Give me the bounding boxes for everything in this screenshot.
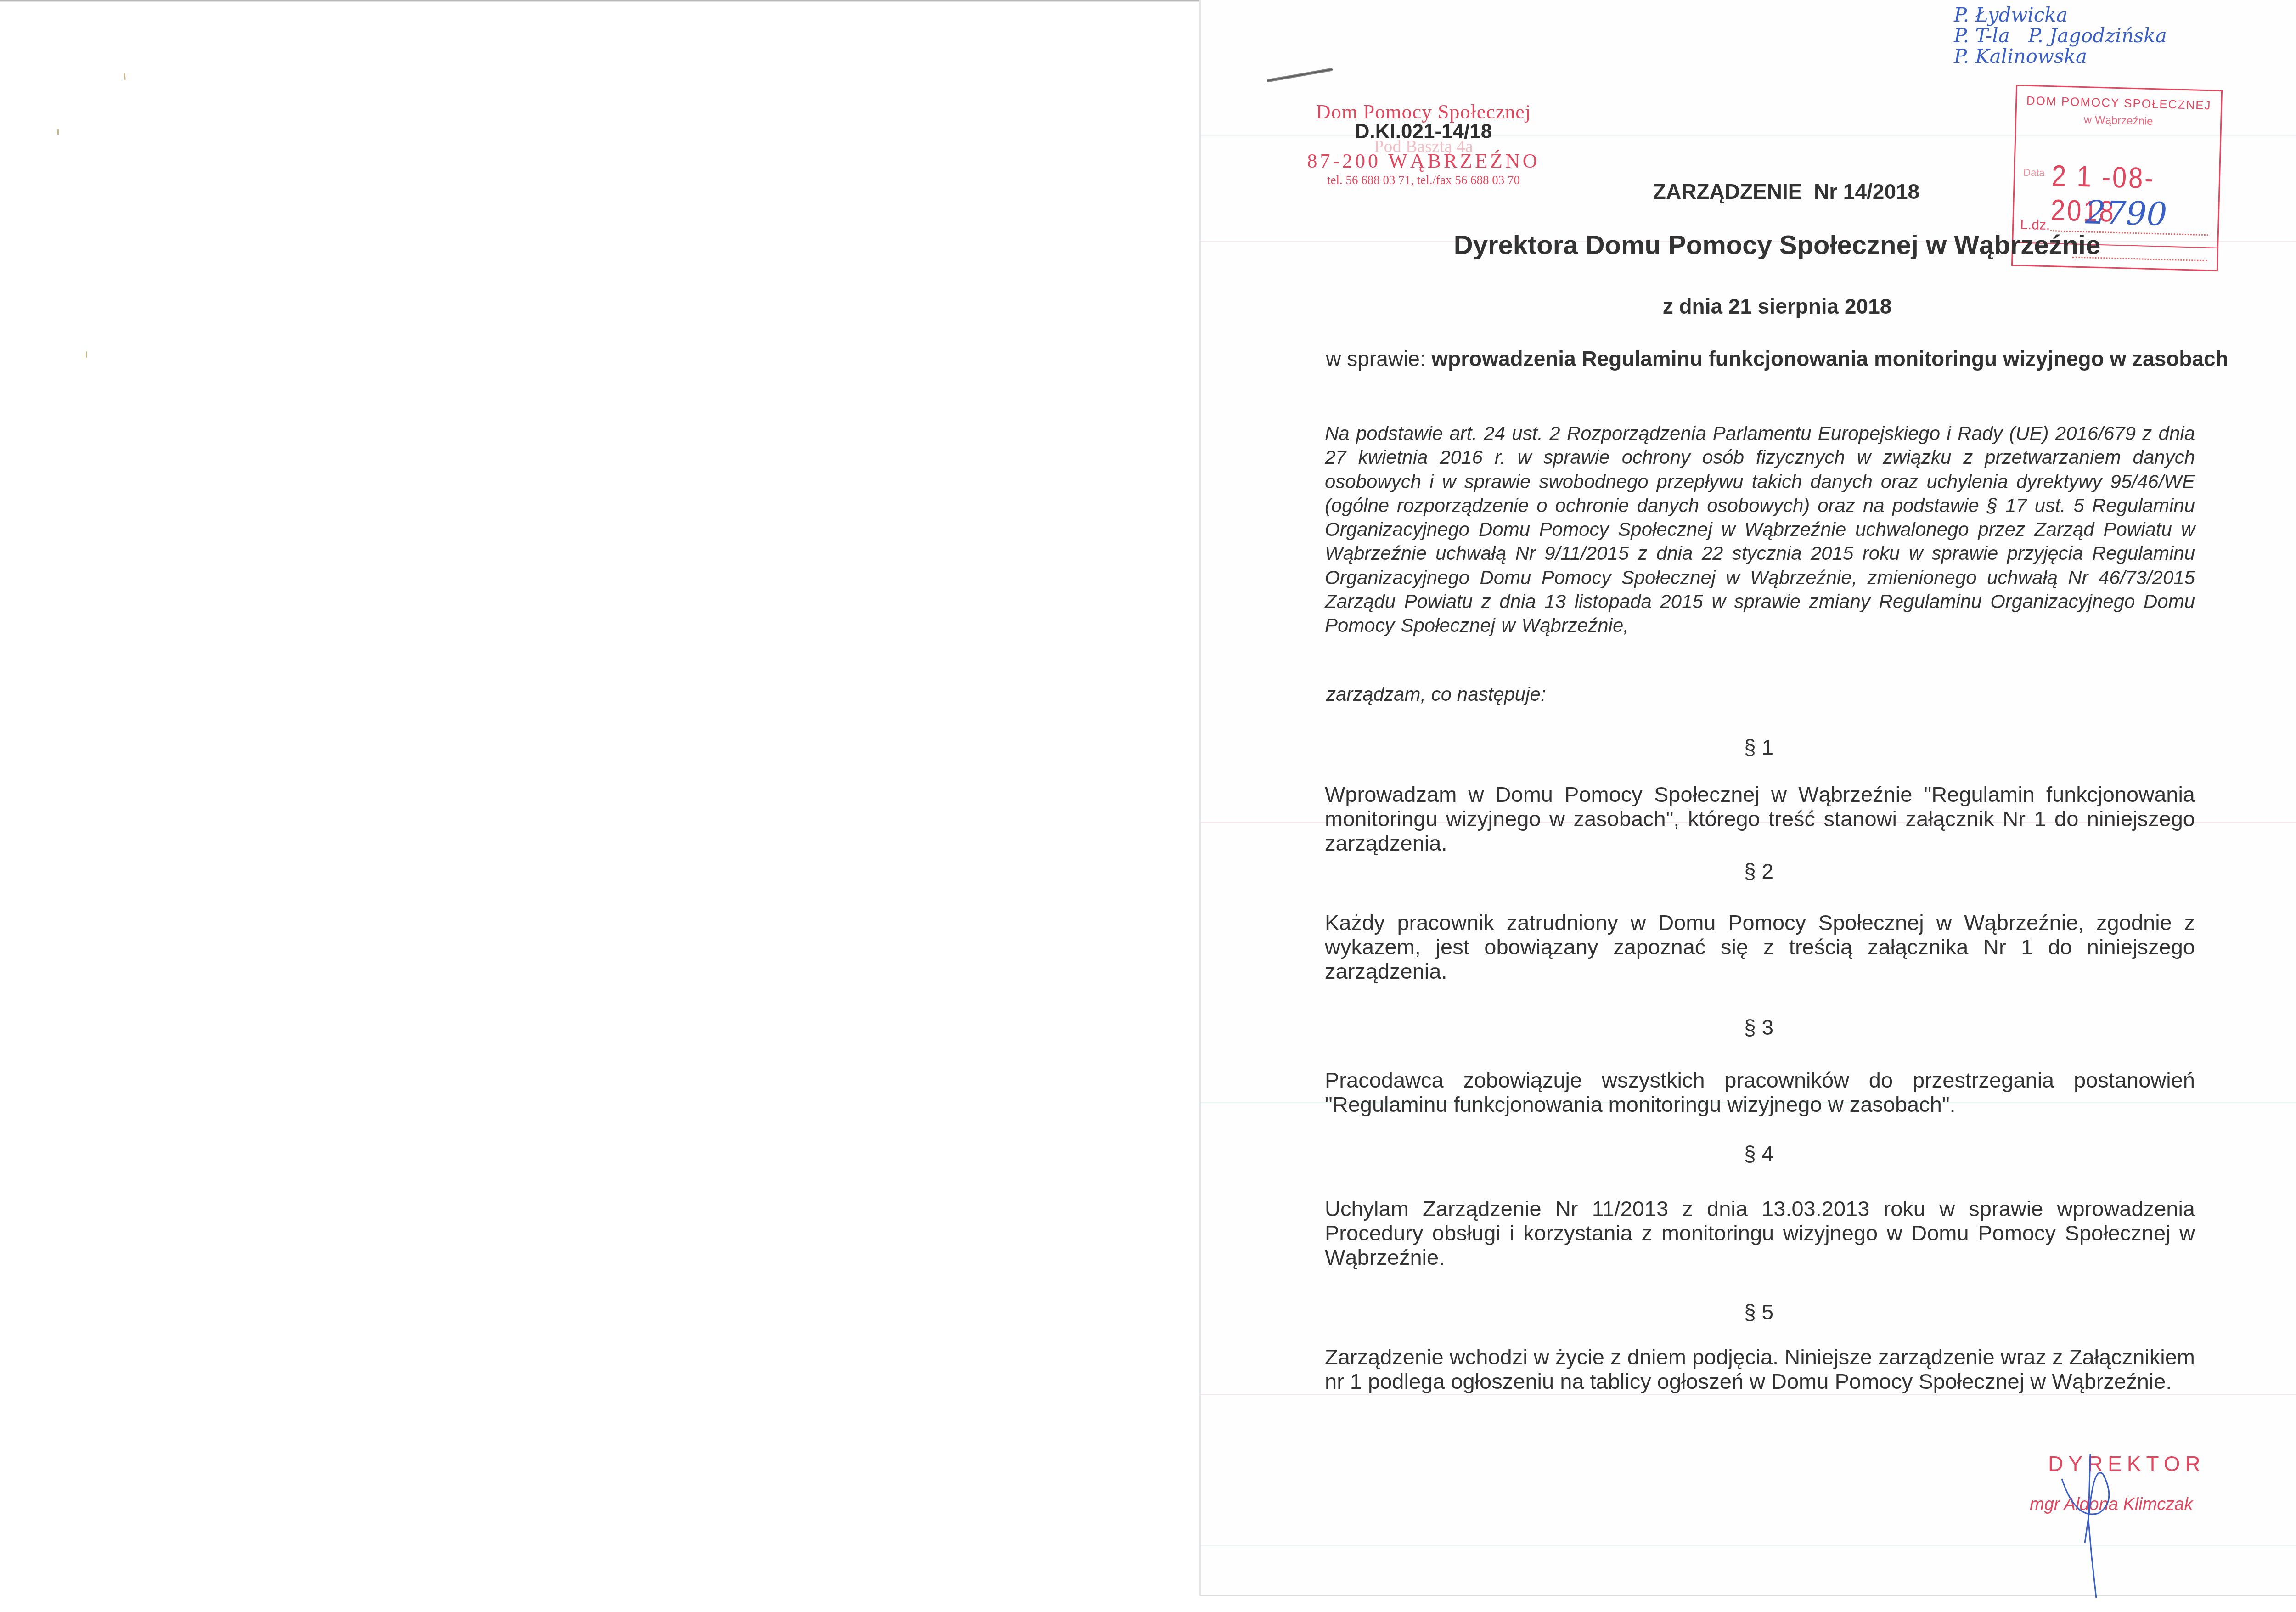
legal-basis: Na podstawie art. 24 ust. 2 Rozporządzen… — [1325, 422, 2195, 638]
scan-speck — [124, 73, 126, 80]
scan-line — [1201, 1394, 2296, 1395]
document-title: ZARZĄDZENIE Nr 14/2018 — [1327, 179, 2245, 204]
section-4-text: Uchylam Zarządzenie Nr 11/2013 z dnia 13… — [1325, 1196, 2195, 1269]
subject-prefix: w sprawie: — [1326, 347, 1431, 371]
section-3-text: Pracodawca zobowiązuje wszystkich pracow… — [1325, 1068, 2195, 1116]
reference-number: D.Kl.021-14/18 — [1263, 120, 1584, 143]
receipt-stamp-organization: DOM POMOCY SPOŁECZNEJ — [2021, 94, 2217, 113]
handwritten-note: P. Łydwicka — [1954, 5, 2167, 25]
scan-speck — [57, 129, 59, 135]
section-3-label: § 3 — [1318, 1015, 2200, 1040]
receipt-stamp-city: w Wąbrzeźnie — [2021, 112, 2216, 130]
issuer-heading: Dyrektora Domu Pomocy Społecznej w Wąbrz… — [1318, 230, 2236, 260]
blank-left-page — [0, 0, 1199, 1612]
handwritten-notes: P. Łydwicka P. T-la P. Jagodzińska P. Ka… — [1954, 5, 2167, 67]
handwritten-note: P. Kalinowska — [1954, 46, 2167, 67]
section-5-label: § 5 — [1318, 1300, 2200, 1325]
handwritten-signature-icon — [2048, 1451, 2140, 1603]
subject-text: wprowadzenia Regulaminu funkcjonowania m… — [1431, 347, 2228, 371]
handwritten-note: P. T-la P. Jagodzińska — [1954, 25, 2167, 46]
section-1-label: § 1 — [1318, 735, 2200, 760]
scan-edge — [0, 0, 1199, 2]
issue-date: z dnia 21 sierpnia 2018 — [1318, 294, 2236, 319]
receipt-date-label: Data — [2023, 167, 2045, 179]
scan-speck — [86, 351, 87, 358]
stamp-postal-city: 87-200 WĄBRZEŹNO — [1263, 149, 1584, 173]
section-1-text: Wprowadzam w Domu Pomocy Społecznej w Wą… — [1325, 782, 2195, 855]
section-4-label: § 4 — [1318, 1141, 2200, 1166]
subject: w sprawie: wprowadzenia Regulaminu funkc… — [1318, 347, 2236, 371]
section-2-text: Każdy pracownik zatrudniony w Domu Pomoc… — [1325, 910, 2195, 983]
section-2-label: § 2 — [1318, 859, 2200, 884]
order-phrase: zarządzam, co następuje: — [1326, 683, 1546, 705]
section-5-text: Zarządzenie wchodzi w życie z dniem podj… — [1325, 1345, 2195, 1393]
